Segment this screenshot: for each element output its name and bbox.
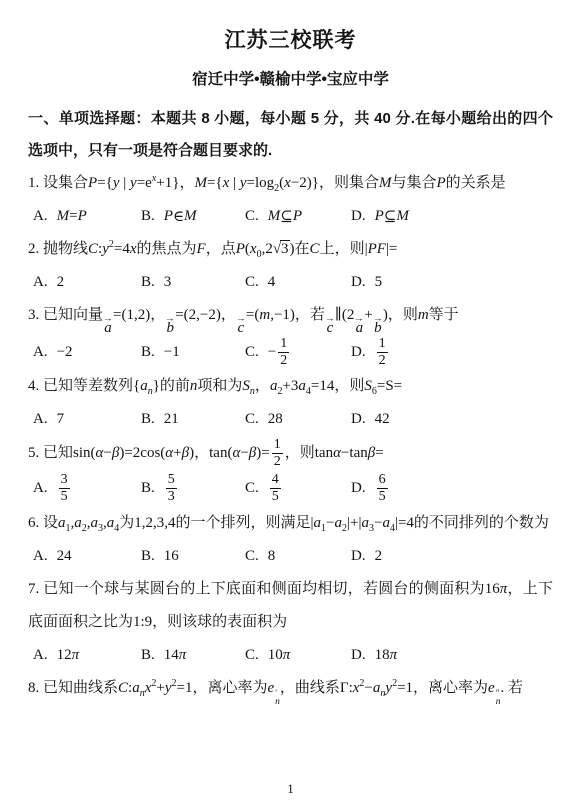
option-label: C. bbox=[245, 274, 259, 291]
option-cell: A.−2 bbox=[33, 344, 141, 361]
option-value: P⊆M bbox=[375, 207, 409, 226]
option-value: −2 bbox=[57, 344, 73, 361]
option-cell: D.2 bbox=[351, 548, 553, 565]
question: 8. 已知曲线系C:anx2+y2=1，离心率为e′n，曲线系Γ:x2−any2… bbox=[28, 672, 553, 706]
option-value: 18π bbox=[375, 647, 398, 664]
option-label: D. bbox=[351, 411, 366, 428]
option-value: 10π bbox=[268, 647, 291, 664]
question: 3. 已知向量→a=(1,2)，→b=(2,−2)，→c=(m,−1)，若→c∥… bbox=[28, 299, 553, 370]
option-value: 12 bbox=[375, 335, 390, 370]
question-stem: 3. 已知向量→a=(1,2)，→b=(2,−2)，→c=(m,−1)，若→c∥… bbox=[28, 299, 553, 335]
question-options: A.35B.53C.45D.65 bbox=[28, 471, 553, 506]
option-cell: D.65 bbox=[351, 471, 553, 506]
option-value: M=P bbox=[57, 208, 87, 225]
option-label: C. bbox=[245, 647, 259, 664]
section-instructions: 一、单项选择题：本题共 8 小题，每小题 5 分，共 40 分.在每小题给出的四… bbox=[28, 103, 553, 167]
option-cell: D.42 bbox=[351, 411, 553, 428]
option-label: C. bbox=[245, 344, 259, 361]
option-value: 3 bbox=[164, 274, 172, 291]
option-cell: A.24 bbox=[33, 548, 141, 565]
option-label: D. bbox=[351, 208, 366, 225]
option-label: D. bbox=[351, 647, 366, 664]
option-value: −12 bbox=[268, 335, 291, 370]
option-label: B. bbox=[141, 208, 155, 225]
question-stem: 8. 已知曲线系C:anx2+y2=1，离心率为e′n，曲线系Γ:x2−any2… bbox=[28, 672, 553, 706]
option-cell: A.7 bbox=[33, 411, 141, 428]
option-label: A. bbox=[33, 480, 48, 497]
question: 2. 抛物线C:y2=4x的焦点为F，点P(x0,2√3)在C上，则|PF|=A… bbox=[28, 233, 553, 299]
option-label: C. bbox=[245, 411, 259, 428]
option-label: C. bbox=[245, 548, 259, 565]
option-value: 4 bbox=[268, 274, 276, 291]
option-cell: A.12π bbox=[33, 647, 141, 664]
option-cell: C.−12 bbox=[245, 335, 351, 370]
question-stem: 7. 已知一个球与某圆台的上下底面和侧面均相切，若圆台的侧面积为16π，上下底面… bbox=[28, 573, 553, 639]
option-value: 8 bbox=[268, 548, 276, 565]
option-label: D. bbox=[351, 548, 366, 565]
question-options: A.24B.16C.8D.2 bbox=[28, 540, 553, 573]
option-cell: B.3 bbox=[141, 274, 245, 291]
option-value: 5 bbox=[375, 274, 383, 291]
option-cell: B.P∈M bbox=[141, 207, 245, 226]
option-label: B. bbox=[141, 344, 155, 361]
option-label: D. bbox=[351, 344, 366, 361]
question-options: A.12πB.14πC.10πD.18π bbox=[28, 639, 553, 672]
option-cell: C.M⊆P bbox=[245, 207, 351, 226]
option-label: C. bbox=[245, 480, 259, 497]
question-stem: 6. 设a1,a2,a3,a4为1,2,3,4的一个排列，则满足|a1−a2|+… bbox=[28, 507, 553, 540]
option-value: 45 bbox=[268, 471, 283, 506]
question-options: A.7B.21C.28D.42 bbox=[28, 403, 553, 436]
question: 7. 已知一个球与某圆台的上下底面和侧面均相切，若圆台的侧面积为16π，上下底面… bbox=[28, 573, 553, 672]
questions-list: 1. 设集合P={y | y=ex+1}，M={x | y=log2(x−2)}… bbox=[28, 167, 553, 706]
option-label: B. bbox=[141, 647, 155, 664]
option-value: 16 bbox=[164, 548, 179, 565]
question-stem: 2. 抛物线C:y2=4x的焦点为F，点P(x0,2√3)在C上，则|PF|= bbox=[28, 233, 553, 266]
option-cell: B.53 bbox=[141, 471, 245, 506]
option-cell: A.2 bbox=[33, 274, 141, 291]
option-value: 7 bbox=[57, 411, 65, 428]
option-cell: D.P⊆M bbox=[351, 207, 553, 226]
option-label: A. bbox=[33, 411, 48, 428]
question-stem: 1. 设集合P={y | y=ex+1}，M={x | y=log2(x−2)}… bbox=[28, 167, 553, 200]
question-stem: 4. 已知等差数列{an}的前n项和为Sn，a2+3a4=14，则S6=S= bbox=[28, 370, 553, 403]
option-value: 2 bbox=[57, 274, 65, 291]
option-value: 14π bbox=[164, 647, 187, 664]
option-label: A. bbox=[33, 647, 48, 664]
question: 4. 已知等差数列{an}的前n项和为Sn，a2+3a4=14，则S6=S=A.… bbox=[28, 370, 553, 436]
option-value: 65 bbox=[375, 471, 390, 506]
option-label: A. bbox=[33, 548, 48, 565]
option-cell: B.−1 bbox=[141, 344, 245, 361]
option-value: 12π bbox=[57, 647, 80, 664]
option-label: B. bbox=[141, 411, 155, 428]
option-value: 35 bbox=[57, 471, 72, 506]
option-label: C. bbox=[245, 208, 259, 225]
option-cell: C.8 bbox=[245, 548, 351, 565]
option-label: D. bbox=[351, 480, 366, 497]
question-options: A.2B.3C.4D.5 bbox=[28, 266, 553, 299]
option-label: A. bbox=[33, 344, 48, 361]
option-cell: B.16 bbox=[141, 548, 245, 565]
option-value: 53 bbox=[164, 471, 179, 506]
option-value: 2 bbox=[375, 548, 383, 565]
option-value: 42 bbox=[375, 411, 390, 428]
option-cell: C.4 bbox=[245, 274, 351, 291]
exam-page: 江苏三校联考 宿迁中学•赣榆中学•宝应中学 一、单项选择题：本题共 8 小题，每… bbox=[0, 0, 581, 706]
option-label: B. bbox=[141, 480, 155, 497]
option-cell: A.35 bbox=[33, 471, 141, 506]
exam-title: 江苏三校联考 bbox=[28, 24, 553, 54]
option-cell: C.45 bbox=[245, 471, 351, 506]
page-number: 1 bbox=[0, 781, 581, 797]
option-value: P∈M bbox=[164, 207, 197, 226]
question-options: A.M=PB.P∈MC.M⊆PD.P⊆M bbox=[28, 200, 553, 233]
option-cell: B.21 bbox=[141, 411, 245, 428]
option-cell: A.M=P bbox=[33, 208, 141, 225]
question: 1. 设集合P={y | y=ex+1}，M={x | y=log2(x−2)}… bbox=[28, 167, 553, 233]
option-label: B. bbox=[141, 274, 155, 291]
option-value: 21 bbox=[164, 411, 179, 428]
option-value: 24 bbox=[57, 548, 72, 565]
option-label: A. bbox=[33, 208, 48, 225]
option-cell: B.14π bbox=[141, 647, 245, 664]
option-cell: D.18π bbox=[351, 647, 553, 664]
option-cell: D.5 bbox=[351, 274, 553, 291]
option-value: −1 bbox=[164, 344, 180, 361]
question: 5. 已知sin(α−β)=2cos(α+β)，tan(α−β)=12，则tan… bbox=[28, 436, 553, 506]
exam-schools-subtitle: 宿迁中学•赣榆中学•宝应中学 bbox=[28, 67, 553, 89]
option-value: 28 bbox=[268, 411, 283, 428]
option-label: B. bbox=[141, 548, 155, 565]
question-stem: 5. 已知sin(α−β)=2cos(α+β)，tan(α−β)=12，则tan… bbox=[28, 436, 553, 471]
question-options: A.−2B.−1C.−12D.12 bbox=[28, 335, 553, 370]
option-value: M⊆P bbox=[268, 207, 302, 226]
option-label: A. bbox=[33, 274, 48, 291]
option-cell: D.12 bbox=[351, 335, 553, 370]
question: 6. 设a1,a2,a3,a4为1,2,3,4的一个排列，则满足|a1−a2|+… bbox=[28, 507, 553, 573]
option-cell: C.10π bbox=[245, 647, 351, 664]
option-label: D. bbox=[351, 274, 366, 291]
option-cell: C.28 bbox=[245, 411, 351, 428]
